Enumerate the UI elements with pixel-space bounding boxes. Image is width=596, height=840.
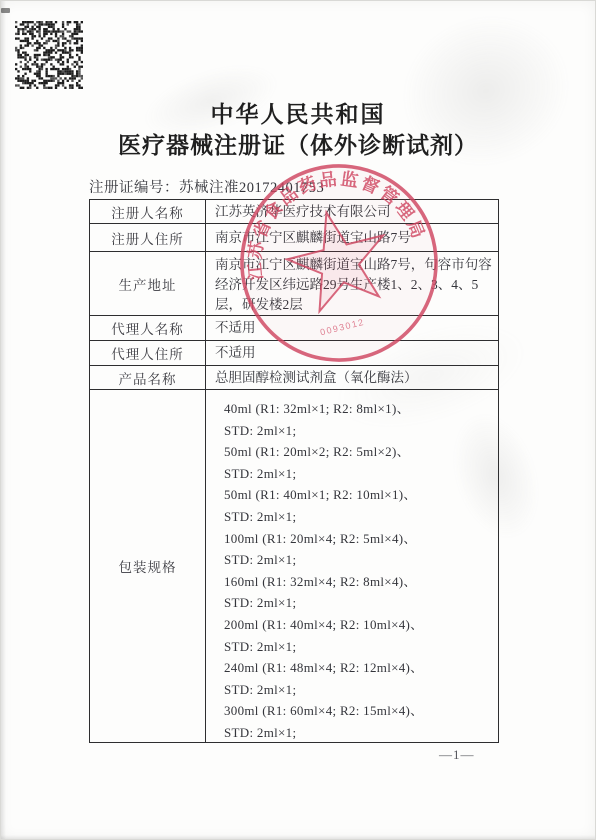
package-spec-line: STD: 2ml×1; [224,722,423,744]
package-spec-line: STD: 2ml×1; [224,506,423,528]
package-spec-line: 300ml (R1: 60ml×4; R2: 15ml×4)、 [224,700,423,722]
field-label-registrant-address: 注册人住所 [90,224,206,251]
package-spec-line: STD: 2ml×1; [224,549,423,571]
package-spec-line: 40ml (R1: 32ml×1; R2: 8ml×1)、 [224,398,423,420]
field-label-registrant-name: 注册人名称 [90,200,206,223]
registration-number-label: 注册证编号： [89,180,179,196]
package-spec-line: 240ml (R1: 48ml×4; R2: 12ml×4)、 [224,657,423,679]
package-spec-line: STD: 2ml×1; [224,679,423,701]
field-value-agent-name: 不适用 [206,316,498,340]
certificate-title: 中华人民共和国 医疗器械注册证（体外诊断试剂） [1,99,595,161]
package-spec-list: 40ml (R1: 32ml×1; R2: 8ml×1)、STD: 2ml×1;… [215,393,427,744]
table-row: 生产地址 南京市江宁区麒麟街道宝山路7号，句容市句容经济开发区纬远路29号生产楼… [90,252,498,316]
package-spec-line: STD: 2ml×1; [224,592,423,614]
table-row: 注册人名称 江苏英济华医疗技术有限公司 [90,200,498,224]
package-spec-line: STD: 2ml×1; [224,420,423,442]
package-spec-line: 200ml (R1: 40ml×4; R2: 10ml×4)、 [224,614,423,636]
certificate-table: 注册人名称 江苏英济华医疗技术有限公司 注册人住所 南京市江宁区麒麟街道宝山路7… [89,199,499,743]
page-number: —1— [439,747,475,763]
scan-edge [1,835,595,839]
table-row: 注册人住所 南京市江宁区麒麟街道宝山路7号 [90,224,498,252]
registration-number-line: 注册证编号：苏械注准20172401753 [89,176,324,197]
table-row: 包装规格 40ml (R1: 32ml×1; R2: 8ml×1)、STD: 2… [90,390,498,742]
title-certificate-type: 医疗器械注册证（体外诊断试剂） [1,129,595,161]
field-label-product-name: 产品名称 [90,366,206,389]
field-label-agent-address: 代理人住所 [90,341,206,365]
package-spec-line: 50ml (R1: 20ml×2; R2: 5ml×2)、 [224,441,423,463]
field-value-production-address: 南京市江宁区麒麟街道宝山路7号，句容市句容经济开发区纬远路29号生产楼1、2、3… [206,252,498,315]
title-country: 中华人民共和国 [1,99,595,129]
field-value-registrant-address: 南京市江宁区麒麟街道宝山路7号 [206,224,498,251]
scan-artifact [1,8,10,13]
table-row: 产品名称 总胆固醇检测试剂盒（氧化酶法） [90,366,498,390]
package-spec-line: 160ml (R1: 32ml×4; R2: 8ml×4)、 [224,571,423,593]
qr-code [15,21,83,89]
field-label-agent-name: 代理人名称 [90,316,206,340]
field-value-package-spec: 40ml (R1: 32ml×1; R2: 8ml×1)、STD: 2ml×1;… [206,390,498,742]
package-spec-line: 50ml (R1: 40ml×1; R2: 10ml×1)、 [224,484,423,506]
field-label-package-spec: 包装规格 [90,390,206,742]
table-row: 代理人住所 不适用 [90,341,498,366]
registration-number-value: 苏械注准20172401753 [179,180,324,196]
field-value-agent-address: 不适用 [206,341,498,365]
certificate-page: 中华人民共和国 医疗器械注册证（体外诊断试剂） 注册证编号：苏械注准201724… [0,0,596,840]
table-row: 代理人名称 不适用 [90,316,498,341]
field-label-production-address: 生产地址 [90,252,206,315]
package-spec-line: 100ml (R1: 20ml×4; R2: 5ml×4)、 [224,528,423,550]
field-value-registrant-name: 江苏英济华医疗技术有限公司 [206,200,498,223]
package-spec-line: STD: 2ml×1; [224,463,423,485]
field-value-product-name: 总胆固醇检测试剂盒（氧化酶法） [206,366,498,389]
package-spec-line: STD: 2ml×1; [224,636,423,658]
